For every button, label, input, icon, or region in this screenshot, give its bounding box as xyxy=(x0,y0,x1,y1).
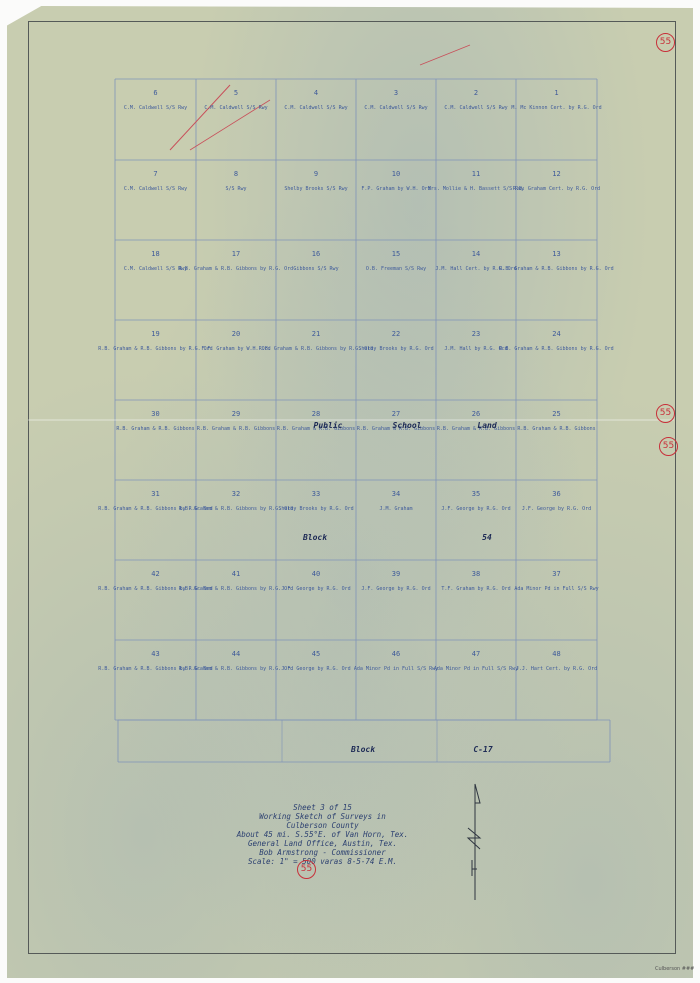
north-arrow-icon xyxy=(0,0,700,983)
catalog-label: Culberson ### xyxy=(655,966,694,972)
